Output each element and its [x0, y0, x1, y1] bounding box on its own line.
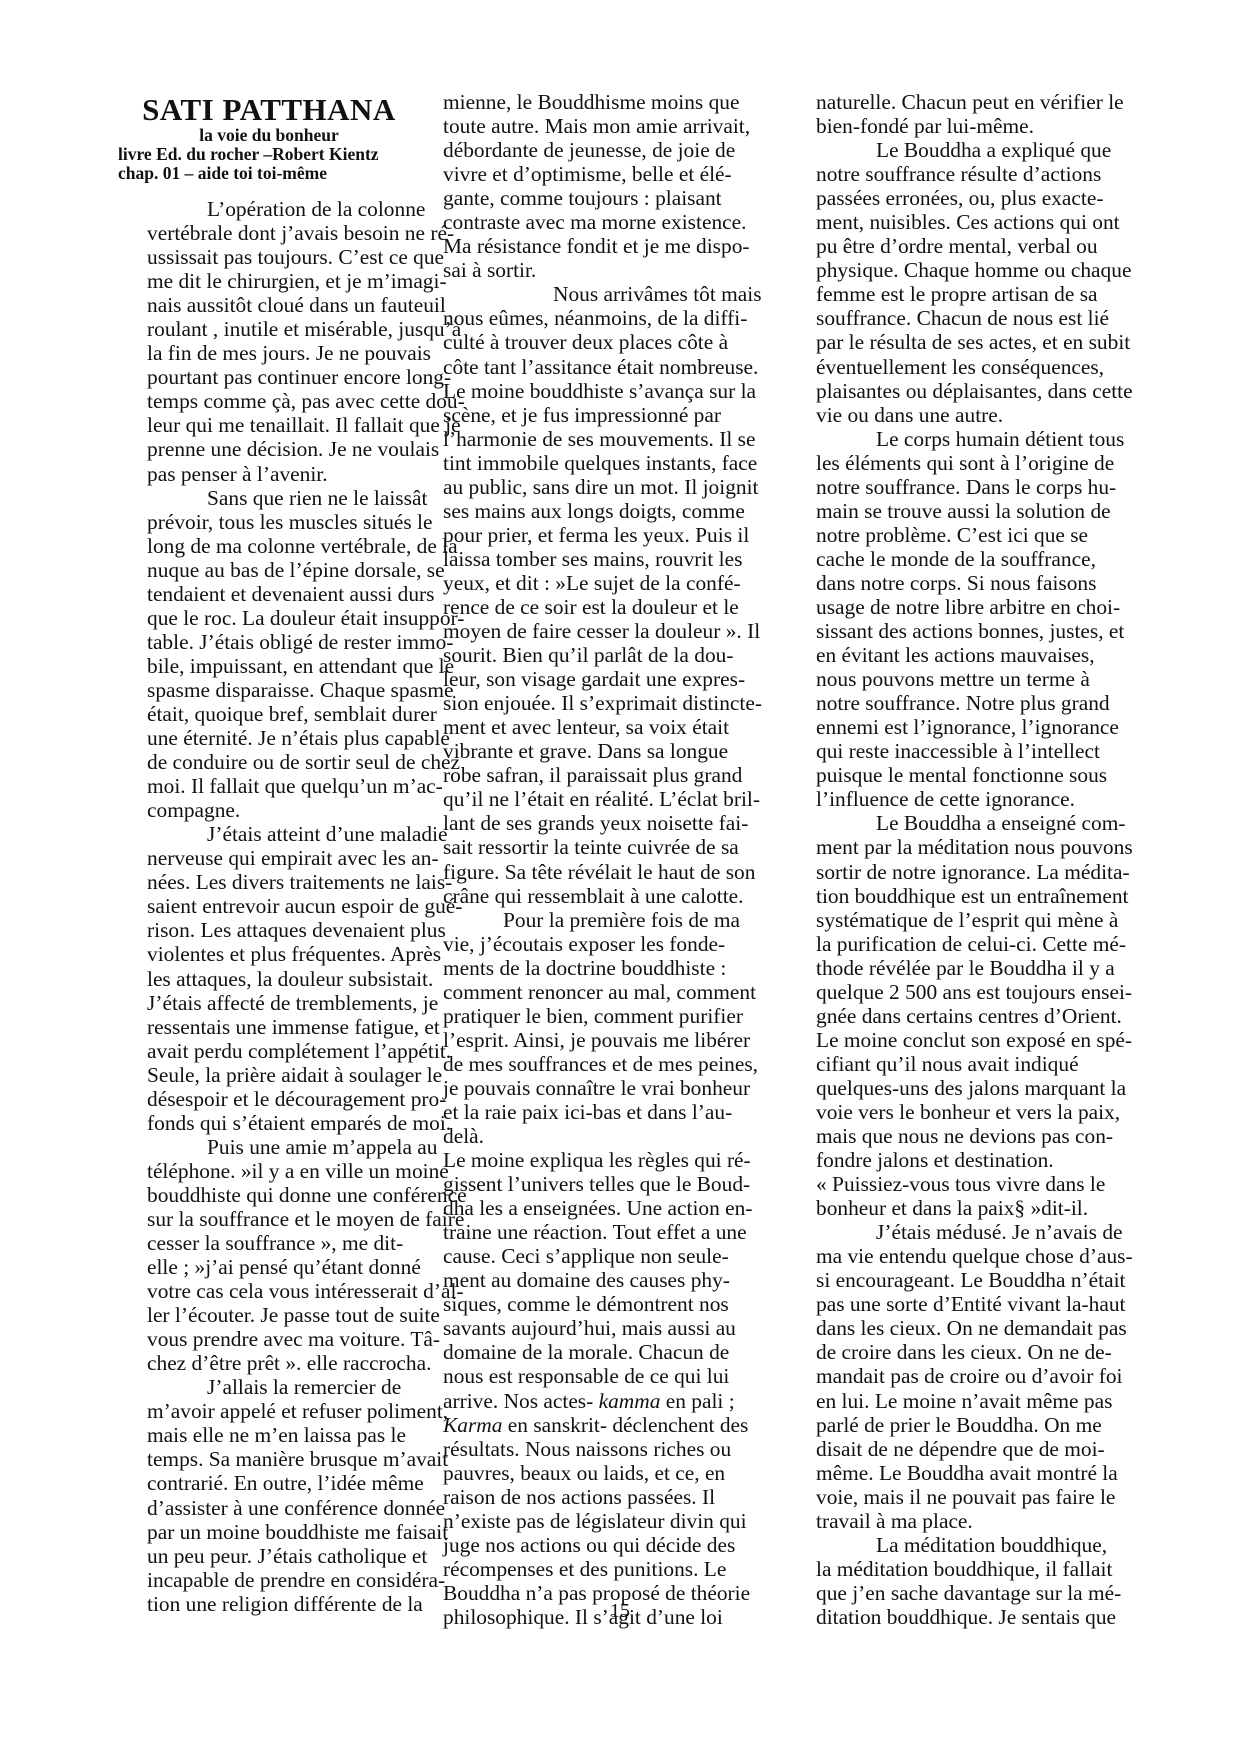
- text-line: nuque au bas de l’épine dorsale, se: [147, 558, 387, 582]
- text-line: mais elle ne m’en laissa pas le: [147, 1423, 387, 1447]
- text-line: et la raie paix ici-bas et dans l’au-: [443, 1100, 743, 1124]
- text-line: comment renoncer au mal, comment: [443, 980, 743, 1004]
- text-line: qui reste inaccessible à l’intellect: [816, 739, 1116, 763]
- text-line: gante, comme toujours : plaisant: [443, 186, 743, 210]
- text-line: femme est le propre artisan de sa: [816, 282, 1116, 306]
- text-line: Le Bouddha a expliqué que: [816, 138, 1116, 162]
- text-line: tendaient et devenaient aussi durs: [147, 582, 387, 606]
- text-line: delà.: [443, 1124, 743, 1148]
- text-line: juge nos actions ou qui décide des: [443, 1533, 743, 1557]
- text-line: usage de notre libre arbitre en choi-: [816, 595, 1116, 619]
- text-line: éventuellement les conséquences,: [816, 355, 1116, 379]
- text-line: les attaques, la douleur subsistait.: [147, 967, 387, 991]
- text-line: une éternité. Je n’étais plus capable: [147, 726, 387, 750]
- text-line: sissant des actions bonnes, justes, et: [816, 619, 1116, 643]
- text-line: au public, sans dire un mot. Il joignit: [443, 475, 743, 499]
- text-line: avait perdu complétement l’appétit.: [147, 1039, 387, 1063]
- text-line: ma vie entendu quelque chose d’aus-: [816, 1244, 1116, 1268]
- text-line: nous eûmes, néanmoins, de la diffi-: [443, 306, 743, 330]
- text-line: pourtant pas continuer encore long-: [147, 365, 387, 389]
- text-line: d’assister à une conférence donnée: [147, 1496, 387, 1520]
- text-line: pratiquer le bien, comment purifier: [443, 1004, 743, 1028]
- text-line: mandait pas de croire ou d’avoir foi: [816, 1364, 1116, 1388]
- text-line: saient entrevoir aucun espoir de gué-: [147, 894, 387, 918]
- text-line: nais aussitôt cloué dans un fauteuil: [147, 293, 387, 317]
- text-line: mienne, le Bouddhisme moins que: [443, 90, 743, 114]
- text-line: laissa tomber ses mains, rouvrit les: [443, 547, 743, 571]
- text-line: table. J’étais obligé de rester immo-: [147, 630, 387, 654]
- text-line: ussissait pas toujours. C’est ce que: [147, 245, 387, 269]
- italic-term: Karma: [443, 1413, 502, 1437]
- text-line: de croire dans les cieux. On ne de-: [816, 1340, 1116, 1364]
- text-line: J’étais atteint d’une maladie: [147, 822, 387, 846]
- text-line: spasme disparaisse. Chaque spasme: [147, 678, 387, 702]
- text-line: vibrante et grave. Dans sa longue: [443, 739, 743, 763]
- text-line: prévoir, tous les muscles situés le: [147, 510, 387, 534]
- text-line: était, quoique bref, semblait durer: [147, 702, 387, 726]
- text-line: tion bouddhique est un entraînement: [816, 884, 1116, 908]
- text-line: Ma résistance fondit et je me dispo-: [443, 234, 743, 258]
- text-line: La méditation bouddhique,: [816, 1533, 1116, 1557]
- document-subtitle: la voie du bonheur: [114, 126, 424, 145]
- text-line: Pour la première fois de ma: [443, 908, 743, 932]
- text-line: prenne une décision. Je ne voulais: [147, 437, 387, 461]
- text-line: de mes souffrances et de mes peines,: [443, 1052, 743, 1076]
- text-line: bouddhiste qui donne une conférence: [147, 1183, 387, 1207]
- text-line: de conduire ou de sortir seul de chez: [147, 750, 387, 774]
- text-line: crâne qui ressemblait à une calotte.: [443, 884, 743, 908]
- text-line: culté à trouver deux places côte à: [443, 330, 743, 354]
- text-line: Seule, la prière aidait à soulager le: [147, 1063, 387, 1087]
- text-line: J’allais la remercier de: [147, 1375, 387, 1399]
- text-line: yeux, et dit : »Le sujet de la confé-: [443, 571, 743, 595]
- text-line: nées. Les divers traitements ne lais-: [147, 870, 387, 894]
- text-line: sion enjouée. Il s’exprimait distincte-: [443, 691, 743, 715]
- text-line: dans les cieux. On ne demandait pas: [816, 1316, 1116, 1340]
- text-line: cifiant qu’il nous avait indiqué: [816, 1052, 1116, 1076]
- text-line: Le moine bouddhiste s’avança sur la: [443, 379, 743, 403]
- text-line: ment et avec lenteur, sa voix était: [443, 715, 743, 739]
- chapter-title: chap. 01 – aide toi toi-même: [114, 164, 424, 183]
- chapter-header: SATI PATTHANA la voie du bonheur livre E…: [114, 94, 424, 197]
- text-line: bien-fondé par lui-même.: [816, 114, 1116, 138]
- text-line: lant de ses grands yeux noisette fai-: [443, 811, 743, 835]
- text-line: mais que nous ne devions pas con-: [816, 1124, 1116, 1148]
- text-line: cache le monde de la souffrance,: [816, 547, 1116, 571]
- text-line: par un moine bouddhiste me faisait: [147, 1520, 387, 1544]
- text-line: thode révélée par le Bouddha il y a: [816, 956, 1116, 980]
- text-line: ennemi est l’ignorance, l’ignorance: [816, 715, 1116, 739]
- text-line: Le moine expliqua les règles qui ré-: [443, 1148, 743, 1172]
- text-line: pas penser à l’avenir.: [147, 462, 387, 486]
- text-line: physique. Chaque homme ou chaque: [816, 258, 1116, 282]
- text-line: un peu peur. J’étais catholique et: [147, 1544, 387, 1568]
- text-line: m’avoir appelé et refuser poliment,: [147, 1399, 387, 1423]
- text-line: souffrance. Chacun de nous est lié: [816, 306, 1116, 330]
- text-line: siques, comme le démontrent nos: [443, 1292, 743, 1316]
- text-line: vivre et d’optimisme, belle et élé-: [443, 162, 743, 186]
- text-line: sai à sortir.: [443, 258, 743, 282]
- text-line: Puis une amie m’appela au: [147, 1135, 387, 1159]
- text-line: pas une sorte d’Entité vivant la-haut: [816, 1292, 1116, 1316]
- text-line: robe safran, il paraissait plus grand: [443, 763, 743, 787]
- column-body: L’opération de la colonnevertébrale dont…: [147, 197, 387, 1616]
- text-line: scène, et je fus impressionné par: [443, 403, 743, 427]
- text-line: vous prendre avec ma voiture. Tâ-: [147, 1327, 387, 1351]
- text-line: systématique de l’esprit qui mène à: [816, 908, 1116, 932]
- text-line: moyen de faire cesser la douleur ». Il: [443, 619, 743, 643]
- text-line: traine une réaction. Tout effet a une: [443, 1220, 743, 1244]
- text-line: en évitant les actions mauvaises,: [816, 643, 1116, 667]
- text-line: toute autre. Mais mon amie arrivait,: [443, 114, 743, 138]
- text-line: contrarié. En outre, l’idée même: [147, 1471, 387, 1495]
- document-page: SATI PATTHANA la voie du bonheur livre E…: [0, 0, 1240, 1754]
- text-line: elle ; »j’ai pensé qu’étant donné: [147, 1255, 387, 1279]
- text-line: Le Bouddha a enseigné com-: [816, 811, 1116, 835]
- text-line: Sans que rien ne le laissât: [147, 486, 387, 510]
- text-line: vie, j’écoutais exposer les fonde-: [443, 932, 743, 956]
- text-line: ment par la méditation nous pouvons: [816, 835, 1116, 859]
- text-line: rison. Les attaques devenaient plus: [147, 918, 387, 942]
- text-line: pauvres, beaux ou laids, et ce, en: [443, 1461, 743, 1485]
- text-line: résultats. Nous naissons riches ou: [443, 1437, 743, 1461]
- text-line: domaine de la morale. Chacun de: [443, 1340, 743, 1364]
- text-line: Karma en sanskrit- déclenchent des: [443, 1413, 743, 1437]
- text-line: téléphone. »il y a en ville un moine: [147, 1159, 387, 1183]
- text-line: voie vers le bonheur et vers la paix,: [816, 1100, 1116, 1124]
- text-line: chez d’être prêt ». elle raccrocha.: [147, 1351, 387, 1375]
- text-line: incapable de prendre en considéra-: [147, 1568, 387, 1592]
- text-line: la purification de celui-ci. Cette mé-: [816, 932, 1116, 956]
- text-line: nerveuse qui empirait avec les an-: [147, 846, 387, 870]
- text-line: sait ressortir la teinte cuivrée de sa: [443, 835, 743, 859]
- text-line: en lui. Le moine n’avait même pas: [816, 1389, 1116, 1413]
- text-line: que le roc. La douleur était insuppor-: [147, 606, 387, 630]
- text-line: plaisantes ou déplaisantes, dans cette: [816, 379, 1116, 403]
- text-line: notre problème. C’est ici que se: [816, 523, 1116, 547]
- text-line: ler l’écouter. Je passe tout de suite: [147, 1303, 387, 1327]
- text-line: pour prier, et ferma les yeux. Puis il: [443, 523, 743, 547]
- text-line: arrive. Nos actes- kamma en pali ;: [443, 1389, 743, 1413]
- book-source: livre Ed. du rocher –Robert Kientz: [114, 145, 424, 164]
- text-line: vie ou dans une autre.: [816, 403, 1116, 427]
- text-line: quelque 2 500 ans est toujours ensei-: [816, 980, 1116, 1004]
- text-line: l’influence de cette ignorance.: [816, 787, 1116, 811]
- text-line: figure. Sa tête révélait le haut de son: [443, 860, 743, 884]
- text-line: passées erronées, ou, plus exacte-: [816, 186, 1116, 210]
- text-line: la fin de mes jours. Je ne pouvais: [147, 341, 387, 365]
- text-line: notre souffrance. Notre plus grand: [816, 691, 1116, 715]
- text-line: disait de ne dépendre que de moi-: [816, 1437, 1116, 1461]
- text-line: gnée dans certains centres d’Orient.: [816, 1004, 1116, 1028]
- text-line: Le corps humain détient tous: [816, 427, 1116, 451]
- text-line: par le résulta de ses actes, et en subit: [816, 330, 1116, 354]
- text-column-1: SATI PATTHANA la voie du bonheur livre E…: [147, 88, 387, 1616]
- text-line: ment au domaine des causes phy-: [443, 1268, 743, 1292]
- text-line: qu’il ne l’était en réalité. L’éclat bri…: [443, 787, 743, 811]
- text-line: cesser la souffrance », me dit-: [147, 1231, 387, 1255]
- text-line: dans notre corps. Si nous faisons: [816, 571, 1116, 595]
- text-line: me dit le chirurgien, et je m’imagi-: [147, 269, 387, 293]
- text-line: ses mains aux longs doigts, comme: [443, 499, 743, 523]
- text-line: sourit. Bien qu’il parlât de la dou-: [443, 643, 743, 667]
- text-line: L’opération de la colonne: [147, 197, 387, 221]
- text-line: si encourageant. Le Bouddha n’était: [816, 1268, 1116, 1292]
- text-line: tint immobile quelques instants, face: [443, 451, 743, 475]
- text-line: cause. Ceci s’applique non seule-: [443, 1244, 743, 1268]
- text-line: leur, son visage gardait une expres-: [443, 667, 743, 691]
- text-line: temps. Sa manière brusque m’avait: [147, 1447, 387, 1471]
- text-line: sur la souffrance et le moyen de faire: [147, 1207, 387, 1231]
- text-line: même. Le Bouddha avait montré la: [816, 1461, 1116, 1485]
- text-line: ments de la doctrine bouddhiste :: [443, 956, 743, 980]
- text-column-2: mienne, le Bouddhisme moins quetoute aut…: [443, 90, 743, 1629]
- column-body: mienne, le Bouddhisme moins quetoute aut…: [443, 90, 743, 1629]
- text-line: moi. Il fallait que quelqu’un m’ac-: [147, 774, 387, 798]
- text-line: votre cas cela vous intéresserait d’al-: [147, 1279, 387, 1303]
- text-line: bonheur et dans la paix§ »dit-il.: [816, 1196, 1116, 1220]
- text-line: nous est responsable de ce qui lui: [443, 1364, 743, 1388]
- page-number: 15: [0, 1600, 1240, 1623]
- text-line: raison de nos actions passées. Il: [443, 1485, 743, 1509]
- text-line: Le moine conclut son exposé en spé-: [816, 1028, 1116, 1052]
- text-line: temps comme çà, pas avec cette dou-: [147, 389, 387, 413]
- text-line: notre souffrance résulte d’actions: [816, 162, 1116, 186]
- text-line: vertébrale dont j’avais besoin ne ré-: [147, 221, 387, 245]
- text-line: leur qui me tenaillait. Il fallait que j…: [147, 413, 387, 437]
- text-line: parlé de prier le Bouddha. On me: [816, 1413, 1116, 1437]
- text-line: désespoir et le découragement pro-: [147, 1087, 387, 1111]
- text-line: récompenses et des punitions. Le: [443, 1557, 743, 1581]
- text-line: je pouvais connaître le vrai bonheur: [443, 1076, 743, 1100]
- text-line: travail à ma place.: [816, 1509, 1116, 1533]
- text-line: ment, nuisibles. Ces actions qui ont: [816, 210, 1116, 234]
- text-line: puisque le mental fonctionne sous: [816, 763, 1116, 787]
- text-column-3: naturelle. Chacun peut en vérifier lebie…: [816, 90, 1116, 1629]
- text-line: compagne.: [147, 798, 387, 822]
- text-line: gissent l’univers telles que le Boud-: [443, 1172, 743, 1196]
- text-line: contraste avec ma morne existence.: [443, 210, 743, 234]
- text-line: main se trouve aussi la solution de: [816, 499, 1116, 523]
- text-line: côte tant l’assitance était nombreuse.: [443, 355, 743, 379]
- text-line: n’existe pas de législateur divin qui: [443, 1509, 743, 1533]
- column-body: naturelle. Chacun peut en vérifier lebie…: [816, 90, 1116, 1629]
- text-line: roulant , inutile et misérable, jusqu’à: [147, 317, 387, 341]
- text-line: les éléments qui sont à l’origine de: [816, 451, 1116, 475]
- text-line: la méditation bouddhique, il fallait: [816, 1557, 1116, 1581]
- document-title: SATI PATTHANA: [114, 94, 424, 126]
- text-line: « Puissiez-vous tous vivre dans le: [816, 1172, 1116, 1196]
- text-line: pu être d’ordre mental, verbal ou: [816, 234, 1116, 258]
- text-line: violentes et plus fréquentes. Après: [147, 942, 387, 966]
- text-line: quelques-uns des jalons marquant la: [816, 1076, 1116, 1100]
- text-line: voie, mais il ne pouvait pas faire le: [816, 1485, 1116, 1509]
- text-line: nous pouvons mettre un terme à: [816, 667, 1116, 691]
- text-line: savants aujourd’hui, mais aussi au: [443, 1316, 743, 1340]
- text-line: J’étais médusé. Je n’avais de: [816, 1220, 1116, 1244]
- text-line: naturelle. Chacun peut en vérifier le: [816, 90, 1116, 114]
- text-line: dha les a enseignées. Une action en-: [443, 1196, 743, 1220]
- text-line: l’esprit. Ainsi, je pouvais me libérer: [443, 1028, 743, 1052]
- text-line: rence de ce soir est la douleur et le: [443, 595, 743, 619]
- text-line: sortir de notre ignorance. La médita-: [816, 860, 1116, 884]
- italic-term: kamma: [599, 1389, 661, 1413]
- text-line: fondre jalons et destination.: [816, 1148, 1116, 1172]
- text-line: long de ma colonne vertébrale, de la: [147, 534, 387, 558]
- text-line: fonds qui s’étaient emparés de moi.: [147, 1111, 387, 1135]
- text-line: J’étais affecté de tremblements, je: [147, 991, 387, 1015]
- text-line: ressentais une immense fatigue, et: [147, 1015, 387, 1039]
- text-line: l’harmonie de ses mouvements. Il se: [443, 427, 743, 451]
- text-line: bile, impuissant, en attendant que le: [147, 654, 387, 678]
- text-line: notre souffrance. Dans le corps hu-: [816, 475, 1116, 499]
- text-line: Nous arrivâmes tôt mais: [443, 282, 743, 306]
- text-line: débordante de jeunesse, de joie de: [443, 138, 743, 162]
